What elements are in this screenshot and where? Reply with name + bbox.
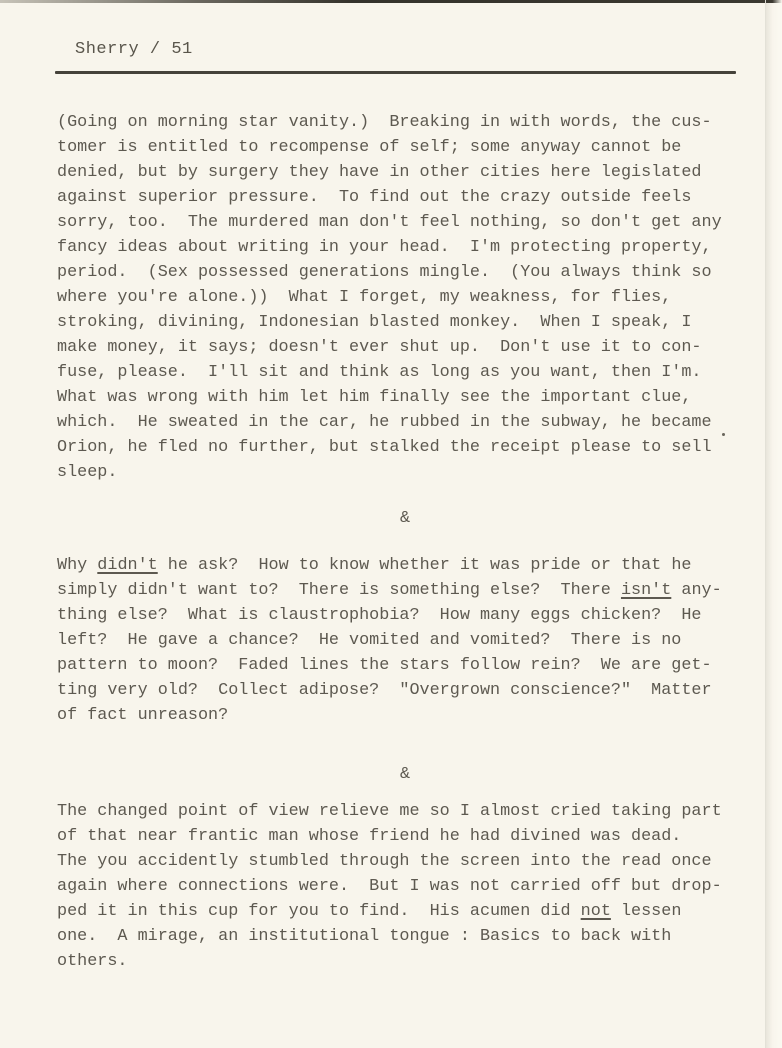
manuscript-body: (Going on morning star vanity.) Breaking… xyxy=(57,110,739,974)
text-line: of that near frantic man whose friend he… xyxy=(57,824,739,849)
text-line: fuse, please. I'll sit and think as long… xyxy=(57,360,739,385)
text-line: period. (Sex possessed generations mingl… xyxy=(57,260,739,285)
paragraph-2: Why didn't he ask? How to know whether i… xyxy=(57,553,739,728)
text-line: of fact unreason? xyxy=(57,703,739,728)
text-line: stroking, divining, Indonesian blasted m… xyxy=(57,310,739,335)
text-line: Orion, he fled no further, but stalked t… xyxy=(57,435,739,460)
text-line: Why didn't he ask? How to know whether i… xyxy=(57,553,739,578)
text-line: one. A mirage, an institutional tongue :… xyxy=(57,924,739,949)
text-line: again where connections were. But I was … xyxy=(57,874,739,899)
section-separator-1: & xyxy=(57,506,739,531)
text-line: ting very old? Collect adipose? "Overgro… xyxy=(57,678,739,703)
text-line: sleep. xyxy=(57,460,739,485)
text-line: tomer is entitled to recompense of self;… xyxy=(57,135,739,160)
paragraph-1: (Going on morning star vanity.) Breaking… xyxy=(57,110,739,485)
text-line: The you accidently stumbled through the … xyxy=(57,849,739,874)
running-head: Sherry / 51 xyxy=(75,40,193,59)
text-line: others. xyxy=(57,949,739,974)
text-line: left? He gave a chance? He vomited and v… xyxy=(57,628,739,653)
scan-right-edge-shadow xyxy=(765,0,782,1048)
text-line: denied, but by surgery they have in othe… xyxy=(57,160,739,185)
text-line: sorry, too. The murdered man don't feel … xyxy=(57,210,739,235)
section-separator-2: & xyxy=(57,762,739,787)
text-line: where you're alone.)) What I forget, my … xyxy=(57,285,739,310)
text-line: thing else? What is claustrophobia? How … xyxy=(57,603,739,628)
text-line: What was wrong with him let him finally … xyxy=(57,385,739,410)
text-line: pattern to moon? Faded lines the stars f… xyxy=(57,653,739,678)
page-header: Sherry / 51 xyxy=(75,40,193,59)
paragraph-3: The changed point of view relieve me so … xyxy=(57,799,739,974)
header-rule xyxy=(55,71,736,74)
text-line: make money, it says; doesn't ever shut u… xyxy=(57,335,739,360)
text-line: ped it in this cup for you to find. His … xyxy=(57,899,739,924)
text-line: The changed point of view relieve me so … xyxy=(57,799,739,824)
text-line: which. He sweated in the car, he rubbed … xyxy=(57,410,739,435)
stray-ink-dot xyxy=(722,433,725,436)
document-page: Sherry / 51 (Going on morning star vanit… xyxy=(0,0,782,1048)
text-line: fancy ideas about writing in your head. … xyxy=(57,235,739,260)
text-line: (Going on morning star vanity.) Breaking… xyxy=(57,110,739,135)
text-line: simply didn't want to? There is somethin… xyxy=(57,578,739,603)
scan-top-edge xyxy=(0,0,782,3)
text-line: against superior pressure. To find out t… xyxy=(57,185,739,210)
